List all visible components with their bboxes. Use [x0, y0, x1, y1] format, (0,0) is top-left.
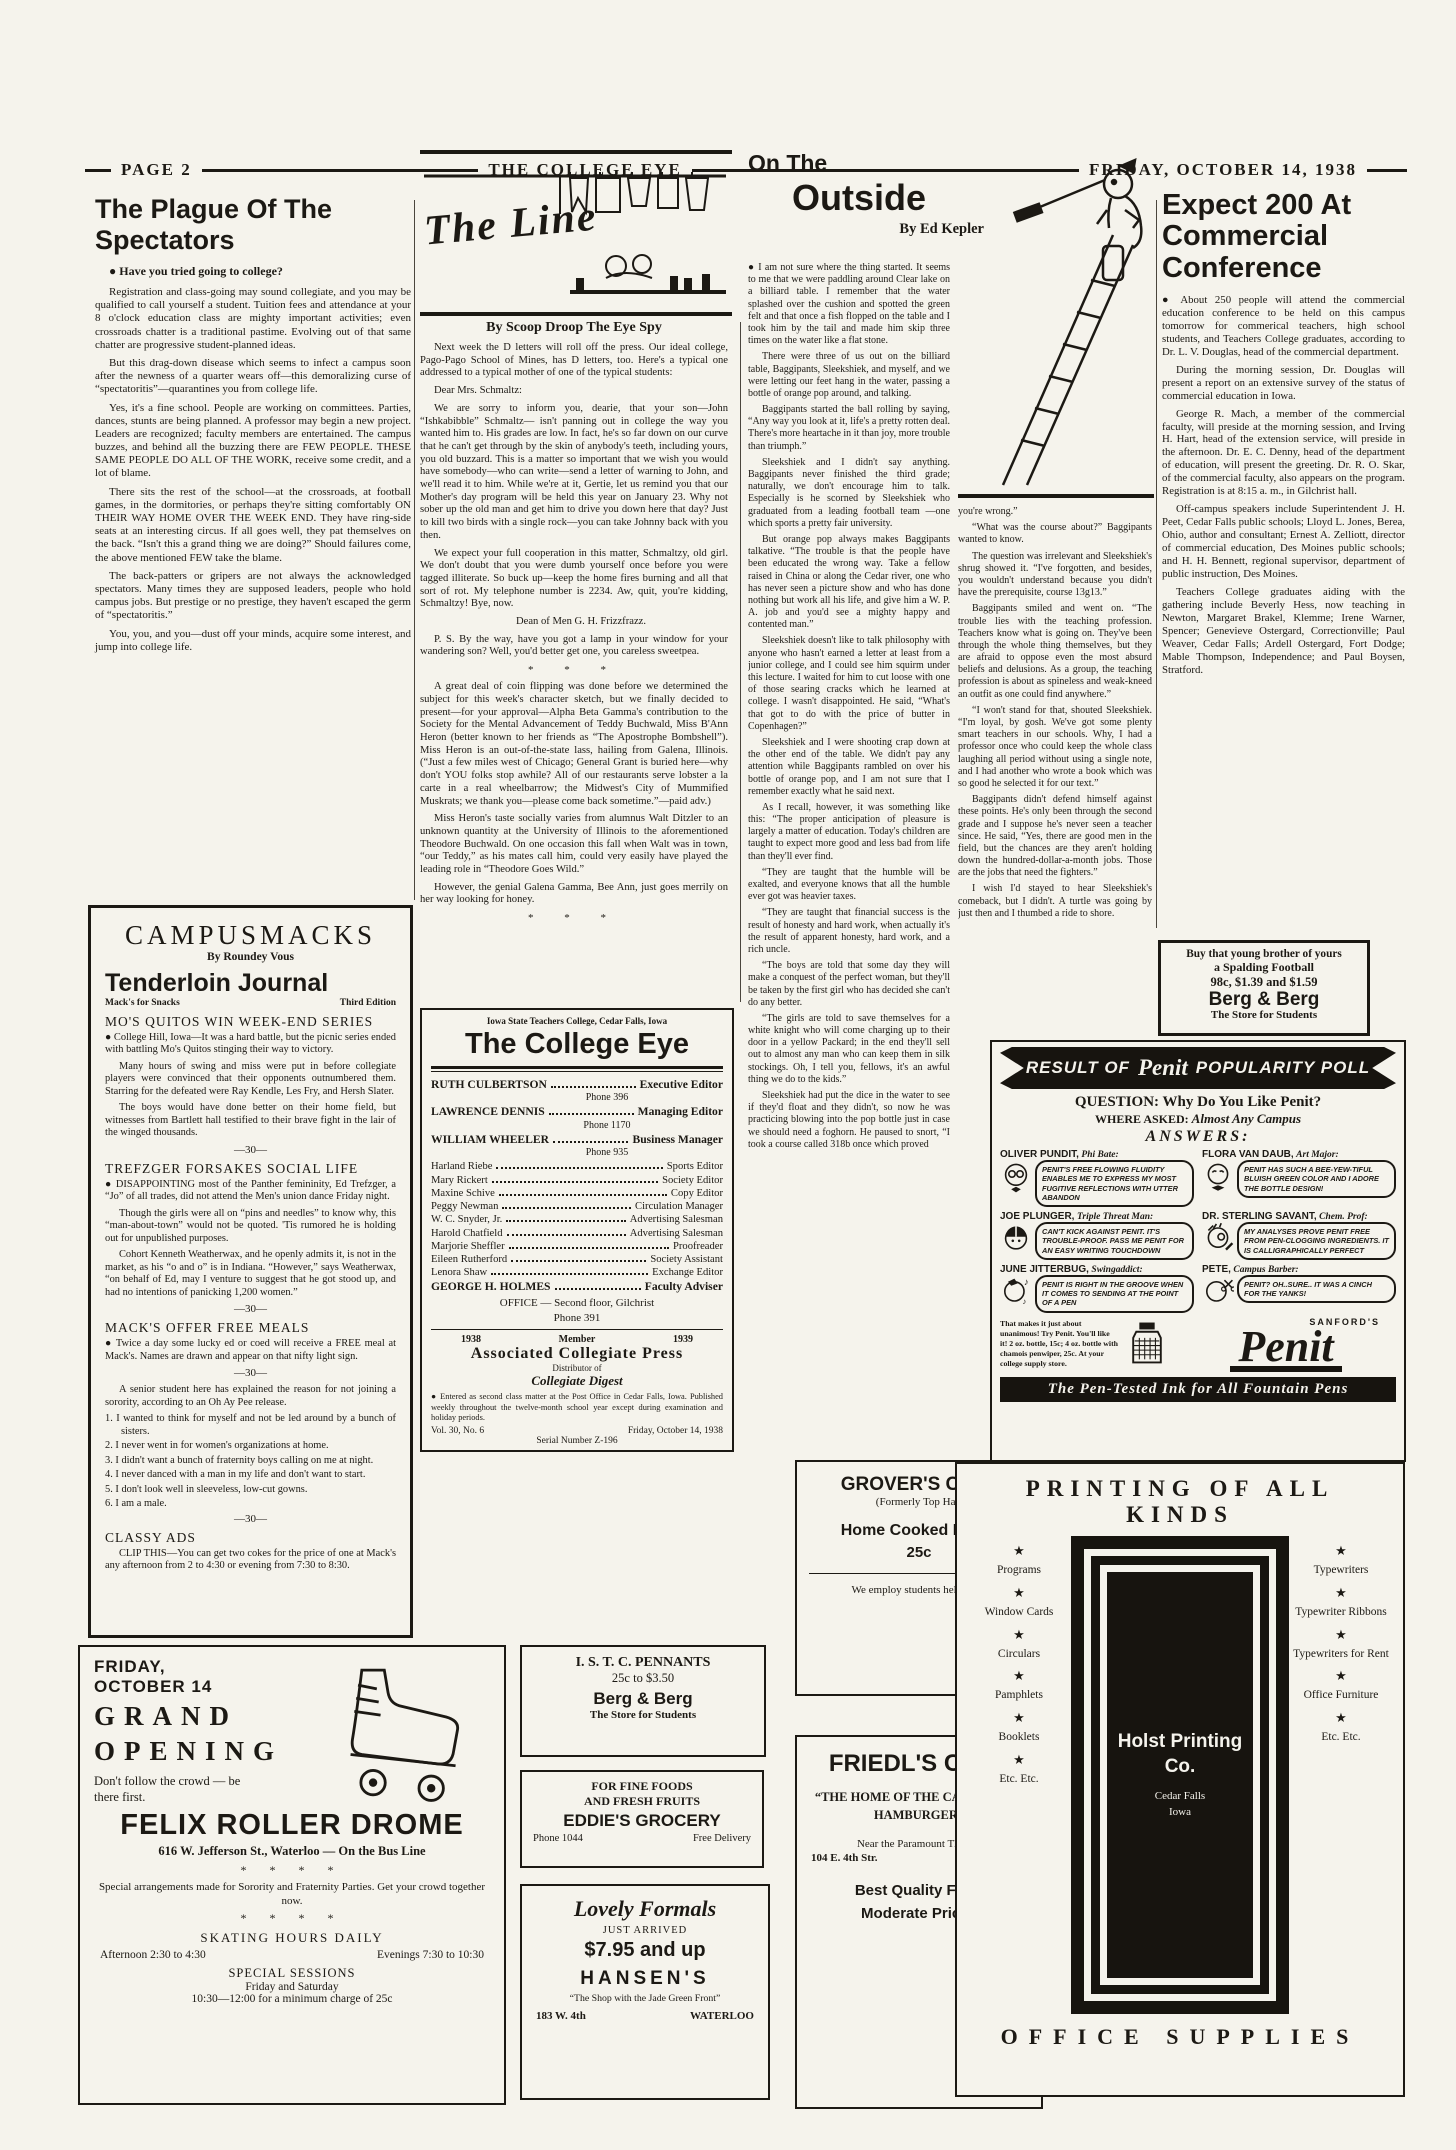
paragraph: Baggipants didn't defend himself against… — [958, 794, 1152, 879]
speech-bubble: CAN'T KICK AGAINST PENIT. IT'S TROUBLE-P… — [1035, 1222, 1194, 1260]
ad-tagline: The Store for Students — [1166, 1009, 1362, 1021]
star-icon: ★ — [967, 1543, 1071, 1560]
paragraph: You, you, and you—dust off your minds, a… — [95, 628, 411, 654]
title-part: Outside — [792, 177, 994, 219]
spalding-football-ad: Buy that young brother of yours a Spaldi… — [1158, 940, 1370, 1036]
staff-row: RUTH CULBERTSONExecutive Editor — [431, 1078, 723, 1092]
star-icon: ★ — [967, 1752, 1071, 1769]
ad-headline: Lovely Formals — [532, 1896, 758, 1922]
paragraph: Baggipants started the ball rolling by s… — [748, 404, 950, 453]
poll-person: FLORA VAN DAUB, Art Major: PENIT HAS SUC… — [1202, 1149, 1396, 1207]
title-part: On The — [748, 150, 994, 177]
printing-left-list: ★ Programs ★ Window Cards ★ Circulars ★ … — [967, 1536, 1071, 2014]
paragraph: ● Twice a day some lucky ed or coed will… — [105, 1338, 396, 1363]
svg-text:♪: ♪ — [1024, 1277, 1029, 1288]
penit-popularity-poll-ad: RESULT OF Penit POPULARITY POLL QUESTION… — [990, 1040, 1406, 1462]
answers-heading: ANSWERS: — [1000, 1128, 1396, 1146]
column-rule — [414, 200, 415, 900]
paragraph: “The boys are told that some day they wi… — [748, 960, 950, 1009]
poll-person: PETE, Campus Barber: PENIT? OH..SURE.. I… — [1202, 1264, 1396, 1313]
outside-column-a: ● I am not sure where the thing started.… — [748, 262, 950, 1155]
ad-date: OCTOBER 14 — [94, 1677, 324, 1697]
ad-city: Cedar Falls Iowa — [1155, 1789, 1205, 1820]
ad-phone: Phone 1044 — [533, 1833, 583, 1844]
end-mark: —30— — [105, 1144, 396, 1156]
paragraph: Though the girls were all on “pins and n… — [105, 1208, 396, 1245]
ad-line: FOR FINE FOODS — [529, 1779, 755, 1794]
paragraph: But orange pop always makes Baggipants t… — [748, 534, 950, 632]
section-separator: * * * — [420, 912, 728, 924]
star-icon: ★ — [1289, 1585, 1393, 1602]
staff-row: Harland RiebeSports Editor — [431, 1160, 723, 1173]
column-divider-bar — [958, 494, 1154, 498]
masthead-rule — [431, 1066, 723, 1072]
section-head: TREFZGER FORSAKES SOCIAL LIFE — [105, 1161, 396, 1177]
staff-row: Mary RickertSociety Editor — [431, 1174, 723, 1187]
end-mark: —30— — [105, 1513, 396, 1525]
header-rule — [85, 169, 111, 172]
header-rule — [1367, 169, 1407, 172]
istc-pennants-ad: I. S. T. C. PENNANTS 25c to $3.50 Berg &… — [520, 1645, 766, 1757]
ad-prices: 98c, $1.39 and $1.59 — [1166, 975, 1362, 990]
poll-answers-grid: OLIVER PUNDIT, Phi Bate: PENIT'S FREE FL… — [1000, 1149, 1396, 1313]
star-icon: ★ — [967, 1627, 1071, 1644]
college-name: Iowa State Teachers College, Cedar Falls… — [431, 1016, 723, 1026]
edition-label: Third Edition — [340, 998, 396, 1008]
star-icon: ★ — [1289, 1543, 1393, 1560]
paragraph: Off-campus speakers include Superintende… — [1162, 503, 1405, 581]
paragraph: A senior student here has explained the … — [105, 1384, 396, 1409]
staff-phone: Phone 1170 — [431, 1120, 723, 1132]
paragraph: Registration and class-going may sound c… — [95, 286, 411, 352]
page-number: PAGE 2 — [121, 160, 192, 180]
staff-row: WILLIAM WHEELERBusiness Manager — [431, 1133, 723, 1147]
star-separator: * * * * — [94, 1863, 490, 1878]
paragraph: Baggipants smiled and went on. “The trou… — [958, 603, 1152, 701]
diver-telescope-cartoon — [975, 150, 1155, 490]
article-title: The Plague Of The Spectators — [95, 194, 411, 256]
staff-row: Harold ChatfieldAdvertising Salesman — [431, 1227, 723, 1240]
ad-address: 104 E. 4th Str. — [811, 1852, 878, 1864]
paragraph: The question was irrelevant and Sleekshi… — [958, 551, 1152, 600]
printing-plate-illustration: Holst Printing Co. Cedar Falls Iowa — [1071, 1536, 1289, 2014]
paragraph: George R. Mach, a member of the commerci… — [1162, 408, 1405, 499]
paragraph: you're wrong.” — [958, 506, 1152, 518]
staff-row: Peggy NewmanCirculation Manager — [431, 1200, 723, 1213]
ad-line: Special arrangements made for Sorority a… — [94, 1880, 490, 1909]
list-item: Typewriter Ribbons — [1289, 1605, 1393, 1620]
paragraph: The boys would have done better on their… — [105, 1102, 396, 1139]
paragraph: We expect your full cooperation in this … — [420, 548, 728, 612]
office-line: OFFICE — Second floor, Gilchrist — [431, 1297, 723, 1309]
section-head: MACK'S OFFER FREE MEALS — [105, 1320, 396, 1336]
page-header: PAGE 2 THE COLLEGE EYE FRIDAY, OCTOBER 1… — [85, 160, 1407, 180]
speech-bubble: MY ANALYSES PROVE PENIT FREE FROM PEN-CL… — [1237, 1222, 1396, 1260]
list-item: 2. I never went in for women's organizat… — [105, 1440, 396, 1452]
paragraph: Sleekshiek doesn't like to talk philosop… — [748, 635, 950, 733]
star-separator: * * * * — [94, 1911, 490, 1926]
staff-row: Maxine SchiveCopy Editor — [431, 1187, 723, 1200]
masthead-title: The College Eye — [431, 1028, 723, 1061]
ad-tagline: The Store for Students — [530, 1709, 756, 1721]
end-mark: —30— — [105, 1367, 396, 1379]
ad-headline: PRINTING OF ALL KINDS — [967, 1476, 1393, 1528]
paragraph: But this drag-down disease which seems t… — [95, 357, 411, 397]
hansens-formals-ad: Lovely Formals JUST ARRIVED $7.95 and up… — [520, 1884, 770, 2100]
cartoon-oliver-pundit — [1000, 1160, 1032, 1196]
campusmacks-column: CAMPUSMACKS By Roundey Vous Tenderloin J… — [88, 905, 413, 1638]
list-item: Circulars — [967, 1647, 1071, 1662]
paragraph: ● About 250 people will attend the comme… — [1162, 294, 1405, 359]
paragraph: We are sorry to inform you, dearie, that… — [420, 403, 728, 543]
list-item: 1. I wanted to think for myself and not … — [105, 1413, 396, 1438]
the-line-header: The Line — [420, 150, 732, 316]
ad-line: Free Delivery — [693, 1833, 751, 1844]
ad-headline: OPENING — [94, 1736, 324, 1767]
list-item: Etc. Etc. — [967, 1772, 1071, 1787]
ad-city: WATERLOO — [690, 2010, 754, 2022]
advertiser-name: Berg & Berg — [1166, 990, 1362, 1009]
paragraph: There sits the rest of the school—at the… — [95, 486, 411, 565]
cartoon-june-jitterbug: ♪ ♪ — [1000, 1275, 1032, 1311]
paragraph: P. S. By the way, have you got a lamp in… — [420, 634, 728, 659]
penit-bottom-row: That makes it just about unanimous! Try … — [1000, 1317, 1396, 1373]
staff-row: Marjorie ShefflerProofreader — [431, 1240, 723, 1253]
ad-price: $7.95 and up — [532, 1939, 758, 1962]
section-head: CLASSY ADS — [105, 1530, 396, 1546]
masthead-box: Iowa State Teachers College, Cedar Falls… — [420, 1008, 734, 1452]
tenderloin-journal-head: Tenderloin Journal — [105, 969, 396, 998]
ad-line: 10:30—12:00 for a minimum charge of 25c — [94, 1993, 490, 2005]
ad-price: 25c to $3.50 — [530, 1671, 756, 1686]
ad-hours: Afternoon 2:30 to 4:30 — [100, 1949, 206, 1961]
paragraph: “What was the course about?” Baggipants … — [958, 522, 1152, 546]
article-lead: ● Have you tried going to college? — [95, 264, 411, 279]
poll-person: JOE PLUNGER, Triple Threat Man: CAN'T KI… — [1000, 1211, 1194, 1260]
paragraph: Sleekshiek and I didn't say anything. Ba… — [748, 457, 950, 530]
advertiser-name: Holst Printing Co. — [1107, 1730, 1253, 1779]
ad-headline: GRAND — [94, 1701, 324, 1732]
list-item: 4. I never danced with a man in my life … — [105, 1469, 396, 1481]
staff-row: W. C. Snyder, Jr.Advertising Salesman — [431, 1213, 723, 1226]
paragraph: As I recall, however, it was something l… — [748, 802, 950, 863]
advertiser-name: HANSEN'S — [532, 1968, 758, 1990]
editorial-plague-of-spectators: The Plague Of The Spectators ● Have you … — [95, 194, 411, 659]
paragraph: ● DISAPPOINTING most of the Panther femi… — [105, 1179, 396, 1204]
staff-row: Lenora ShawExchange Editor — [431, 1266, 723, 1279]
list-item: Office Furniture — [1289, 1688, 1393, 1703]
entered-notice: ● Entered as second class matter at the … — [431, 1392, 723, 1424]
ad-hours: Evenings 7:30 to 10:30 — [377, 1949, 484, 1961]
ad-line: Don't follow the crowd — be there first. — [94, 1773, 264, 1806]
ad-line: AND FRESH FRUITS — [529, 1794, 755, 1809]
penit-script-logo: Penit — [1138, 1055, 1188, 1081]
outside-column-title: On The Outside By Ed Kepler — [748, 150, 994, 238]
national-advertising-block: REPRESENTED FOR NATIONAL ADVERTISING BY … — [431, 1449, 723, 1452]
penit-copy: That makes it just about unanimous! Try … — [1000, 1319, 1118, 1370]
eye-spy-column: By Scoop Droop The Eye Spy Next week the… — [420, 320, 728, 1004]
paragraph: I wish I'd stayed to hear Sleekshiek's c… — [958, 883, 1152, 920]
cartoon-pete-barber — [1202, 1275, 1234, 1311]
newspaper-page: PAGE 2 THE COLLEGE EYE FRIDAY, OCTOBER 1… — [0, 0, 1456, 2150]
campusmacks-byline: By Roundey Vous — [105, 951, 396, 963]
paragraph: The back-patters or gripers are not alwa… — [95, 570, 411, 623]
paragraph: There were three of us out on the billia… — [748, 351, 950, 400]
star-icon: ★ — [1289, 1627, 1393, 1644]
poll-person: JUNE JITTERBUG, Swingaddict: ♪ ♪ PENIT I… — [1000, 1264, 1194, 1313]
ad-line: JUST ARRIVED — [532, 1925, 758, 1936]
advertiser-name: Berg & Berg — [530, 1689, 756, 1709]
star-icon: ★ — [967, 1668, 1071, 1685]
ad-date: FRIDAY, — [94, 1657, 324, 1677]
eddies-grocery-ad: FOR FINE FOODS AND FRESH FRUITS EDDIE'S … — [520, 1770, 764, 1868]
star-icon: ★ — [1289, 1710, 1393, 1727]
penit-brand-lockup: SANFORD'S Penit — [1176, 1317, 1396, 1373]
ad-line: I. S. T. C. PENNANTS — [530, 1655, 756, 1671]
penit-ribbon-banner: RESULT OF Penit POPULARITY POLL — [1000, 1047, 1396, 1089]
ad-address: 183 W. 4th — [536, 2010, 586, 2022]
ad-line: Buy that young brother of yours — [1166, 948, 1362, 960]
ad-address: 616 W. Jefferson St., Waterloo — On the … — [94, 1844, 490, 1859]
paragraph: Sleekshiek and I were shooting crap down… — [748, 737, 950, 798]
paragraph: Cohort Kenneth Weatherwax, and he openly… — [105, 1249, 396, 1299]
ad-line: a Spalding Football — [1166, 960, 1362, 975]
list-item: Programs — [967, 1563, 1071, 1578]
penit-logo: Penit — [1230, 1327, 1341, 1373]
list-item: 3. I didn't want a bunch of fraternity b… — [105, 1455, 396, 1467]
penit-bottle-illustration — [1124, 1321, 1170, 1367]
staff-phone: Phone 396 — [431, 1092, 723, 1104]
end-mark: —30— — [105, 1303, 396, 1315]
serial-number: Serial Number Z-196 — [431, 1436, 723, 1446]
paragraph: “They are taught that financial success … — [748, 907, 950, 956]
nas-rep-line: REPRESENTED FOR NATIONAL ADVERTISING BY — [473, 1449, 656, 1452]
star-icon: ★ — [1289, 1668, 1393, 1685]
list-item: Window Cards — [967, 1605, 1071, 1620]
paragraph: Dear Mrs. Schmaltz: — [420, 385, 728, 398]
column-byline: By Ed Kepler — [748, 221, 984, 238]
volume-row: Vol. 30, No. 6Friday, October 14, 1938 — [431, 1426, 723, 1436]
paragraph: Teachers College graduates aiding with t… — [1162, 586, 1405, 677]
list-item: 6. I am a male. — [105, 1498, 396, 1510]
advertiser-name: FELIX ROLLER DROME — [94, 1809, 490, 1842]
paragraph: “They are taught that the humble will be… — [748, 867, 950, 904]
staff-row: Eileen RutherfordSociety Assistant — [431, 1253, 723, 1266]
svg-text:♪: ♪ — [1022, 1297, 1026, 1306]
list-item: 5. I don't look well in sleeveless, low-… — [105, 1484, 396, 1496]
felix-roller-drome-ad: FRIDAY, OCTOBER 14 GRAND OPENING Don't f… — [78, 1645, 506, 2105]
cartoon-sterling-savant — [1202, 1222, 1234, 1258]
ad-line: Friday and Saturday — [94, 1981, 490, 1993]
paragraph: Miss Heron's taste socially varies from … — [420, 813, 728, 877]
paragraph: Many hours of swing and miss were put in… — [105, 1061, 396, 1098]
section-head: MO'S QUITOS WIN WEEK-END SERIES — [105, 1014, 396, 1030]
list-item: Typewriters — [1289, 1563, 1393, 1578]
paragraph: Yes, it's a fine school. People are work… — [95, 402, 411, 481]
poll-question: QUESTION: Why Do You Like Penit? — [1000, 1094, 1396, 1111]
article-title: Expect 200 At Commercial Conference — [1162, 190, 1405, 284]
list-item: Etc. Etc. — [1289, 1730, 1393, 1745]
poll-person: OLIVER PUNDIT, Phi Bate: PENIT'S FREE FL… — [1000, 1149, 1194, 1207]
staff-row: LAWRENCE DENNISManaging Editor — [431, 1105, 723, 1119]
poll-where: WHERE ASKED: Almost Any Campus — [1000, 1111, 1396, 1127]
paragraph: A great deal of coin flipping was done b… — [420, 681, 728, 808]
paragraph: Dean of Men G. H. Frizzfrazz. — [420, 616, 728, 629]
column-byline: By Scoop Droop The Eye Spy — [420, 320, 728, 336]
macks-tagline: Mack's for Snacks — [105, 998, 180, 1008]
list-item: Booklets — [967, 1730, 1071, 1745]
paragraph: However, the genial Galena Gamma, Bee An… — [420, 882, 728, 907]
star-icon: ★ — [967, 1585, 1071, 1602]
roller-skate-illustration — [324, 1657, 484, 1807]
list-item: Typewriters for Rent — [1289, 1647, 1393, 1662]
acp-logo-text: Associated Collegiate Press — [431, 1345, 723, 1363]
list-item: Pamphlets — [967, 1688, 1071, 1703]
column-rule — [740, 322, 741, 1002]
paragraph: ● I am not sure where the thing started.… — [748, 262, 950, 347]
printing-right-list: ★ Typewriters ★ Typewriter Ribbons ★ Typ… — [1289, 1536, 1393, 2014]
paragraph: Sleekshiek had put the dice in the water… — [748, 1090, 950, 1151]
ad-tagline: “The Shop with the Jade Green Front” — [532, 1993, 758, 2006]
poll-person: DR. STERLING SAVANT, Chem. Prof: MY ANAL… — [1202, 1211, 1396, 1260]
staff-row: GEORGE H. HOLMESFaculty Adviser — [431, 1280, 723, 1294]
holst-printing-ad: PRINTING OF ALL KINDS ★ Programs ★ Windo… — [955, 1462, 1405, 2097]
cartoon-flora-van-daub — [1202, 1160, 1234, 1196]
paragraph: “The girls are told to save themselves f… — [748, 1013, 950, 1086]
paragraph: CLIP THIS—You can get two cokes for the … — [105, 1548, 396, 1573]
speech-bubble: PENIT? OH..SURE.. IT WAS A CINCH FOR THE… — [1237, 1275, 1396, 1304]
paragraph: ● College Hill, Iowa—It was a hard battl… — [105, 1032, 396, 1057]
speech-bubble: PENIT HAS SUCH A BEE-YEW-TIFUL BLUISH GR… — [1237, 1160, 1396, 1198]
member-row: 1938Member1939 — [431, 1334, 723, 1345]
outside-column-b: you're wrong.” “What was the course abou… — [958, 506, 1152, 924]
office-supplies-footer: OFFICE SUPPLIES — [967, 2024, 1393, 2050]
article-commercial-conference: Expect 200 At Commercial Conference ● Ab… — [1162, 190, 1405, 682]
paragraph: During the morning session, Dr. Douglas … — [1162, 364, 1405, 403]
paragraph: “I won't stand for that, shouted Sleeksh… — [958, 705, 1152, 790]
speech-bubble: PENIT'S FREE FLOWING FLUIDITY ENABLES ME… — [1035, 1160, 1194, 1207]
speech-bubble: PENIT IS RIGHT IN THE GROOVE WHEN IT COM… — [1035, 1275, 1194, 1313]
penit-footer-bar: The Pen-Tested Ink for All Fountain Pens — [1000, 1377, 1396, 1402]
collegiate-digest-text: Collegiate Digest — [431, 1373, 723, 1389]
ad-subhead: SKATING HOURS DAILY — [94, 1930, 490, 1946]
staff-phone: Phone 935 — [431, 1147, 723, 1159]
paragraph: Next week the D letters will roll off th… — [420, 342, 728, 380]
section-separator: * * * — [420, 664, 728, 676]
ad-subhead: SPECIAL SESSIONS — [94, 1966, 490, 1981]
column-rule — [1156, 200, 1157, 928]
distributor-label: Distributor of — [431, 1363, 723, 1373]
campusmacks-title: CAMPUSMACKS — [105, 920, 396, 951]
masthead-rule — [431, 1329, 723, 1330]
star-icon: ★ — [967, 1710, 1071, 1727]
advertiser-name: EDDIE'S GROCERY — [529, 1811, 755, 1831]
office-phone: Phone 391 — [431, 1312, 723, 1324]
cartoon-joe-plunger — [1000, 1222, 1032, 1258]
